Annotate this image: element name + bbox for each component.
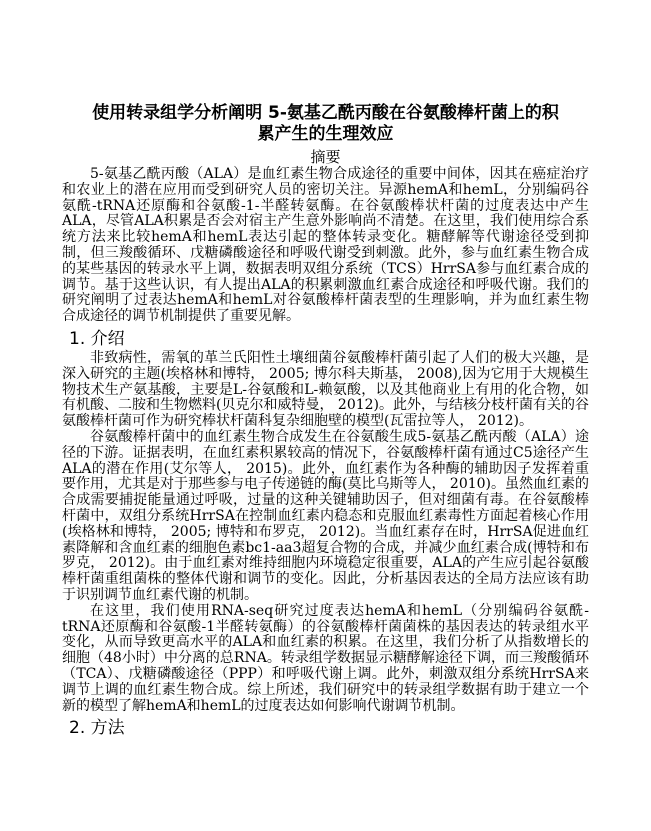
paper-title: 使用转录组学分析阐明 5-氨基乙酰丙酸在谷氨酸棒杆菌上的积 累产生的生理效应 xyxy=(84,103,568,145)
intro-paragraph-3: 在这里，我们使用RNA-seq研究过度表达hemA和hemL（分别编码谷氨酰-t… xyxy=(62,604,589,715)
section-2-heading: 2. 方法 xyxy=(69,719,589,737)
paper-title-line-2: 累产生的生理效应 xyxy=(84,124,568,145)
abstract-paragraph: 5-氨基乙酰丙酸（ALA）是血红素生物合成途径的重要中间体，因其在癌症治疗和农业… xyxy=(62,167,589,325)
section-1-heading: 1. 介绍 xyxy=(69,330,589,348)
intro-paragraph-2: 谷氨酸棒杆菌中的血红素生物合成发生在谷氨酸生成5-氨基乙酰丙酸（ALA）途径的下… xyxy=(62,430,589,604)
intro-paragraph-1: 非致病性，需氧的革兰氏阳性土壤细菌谷氨酸棒杆菌引起了人们的极大兴趣，是深入研究的… xyxy=(62,351,589,430)
document-page: 使用转录组学分析阐明 5-氨基乙酰丙酸在谷氨酸棒杆菌上的积 累产生的生理效应 摘… xyxy=(0,0,651,831)
abstract-heading: 摘要 xyxy=(62,147,589,167)
paper-title-line-1: 使用转录组学分析阐明 5-氨基乙酰丙酸在谷氨酸棒杆菌上的积 xyxy=(84,103,568,124)
